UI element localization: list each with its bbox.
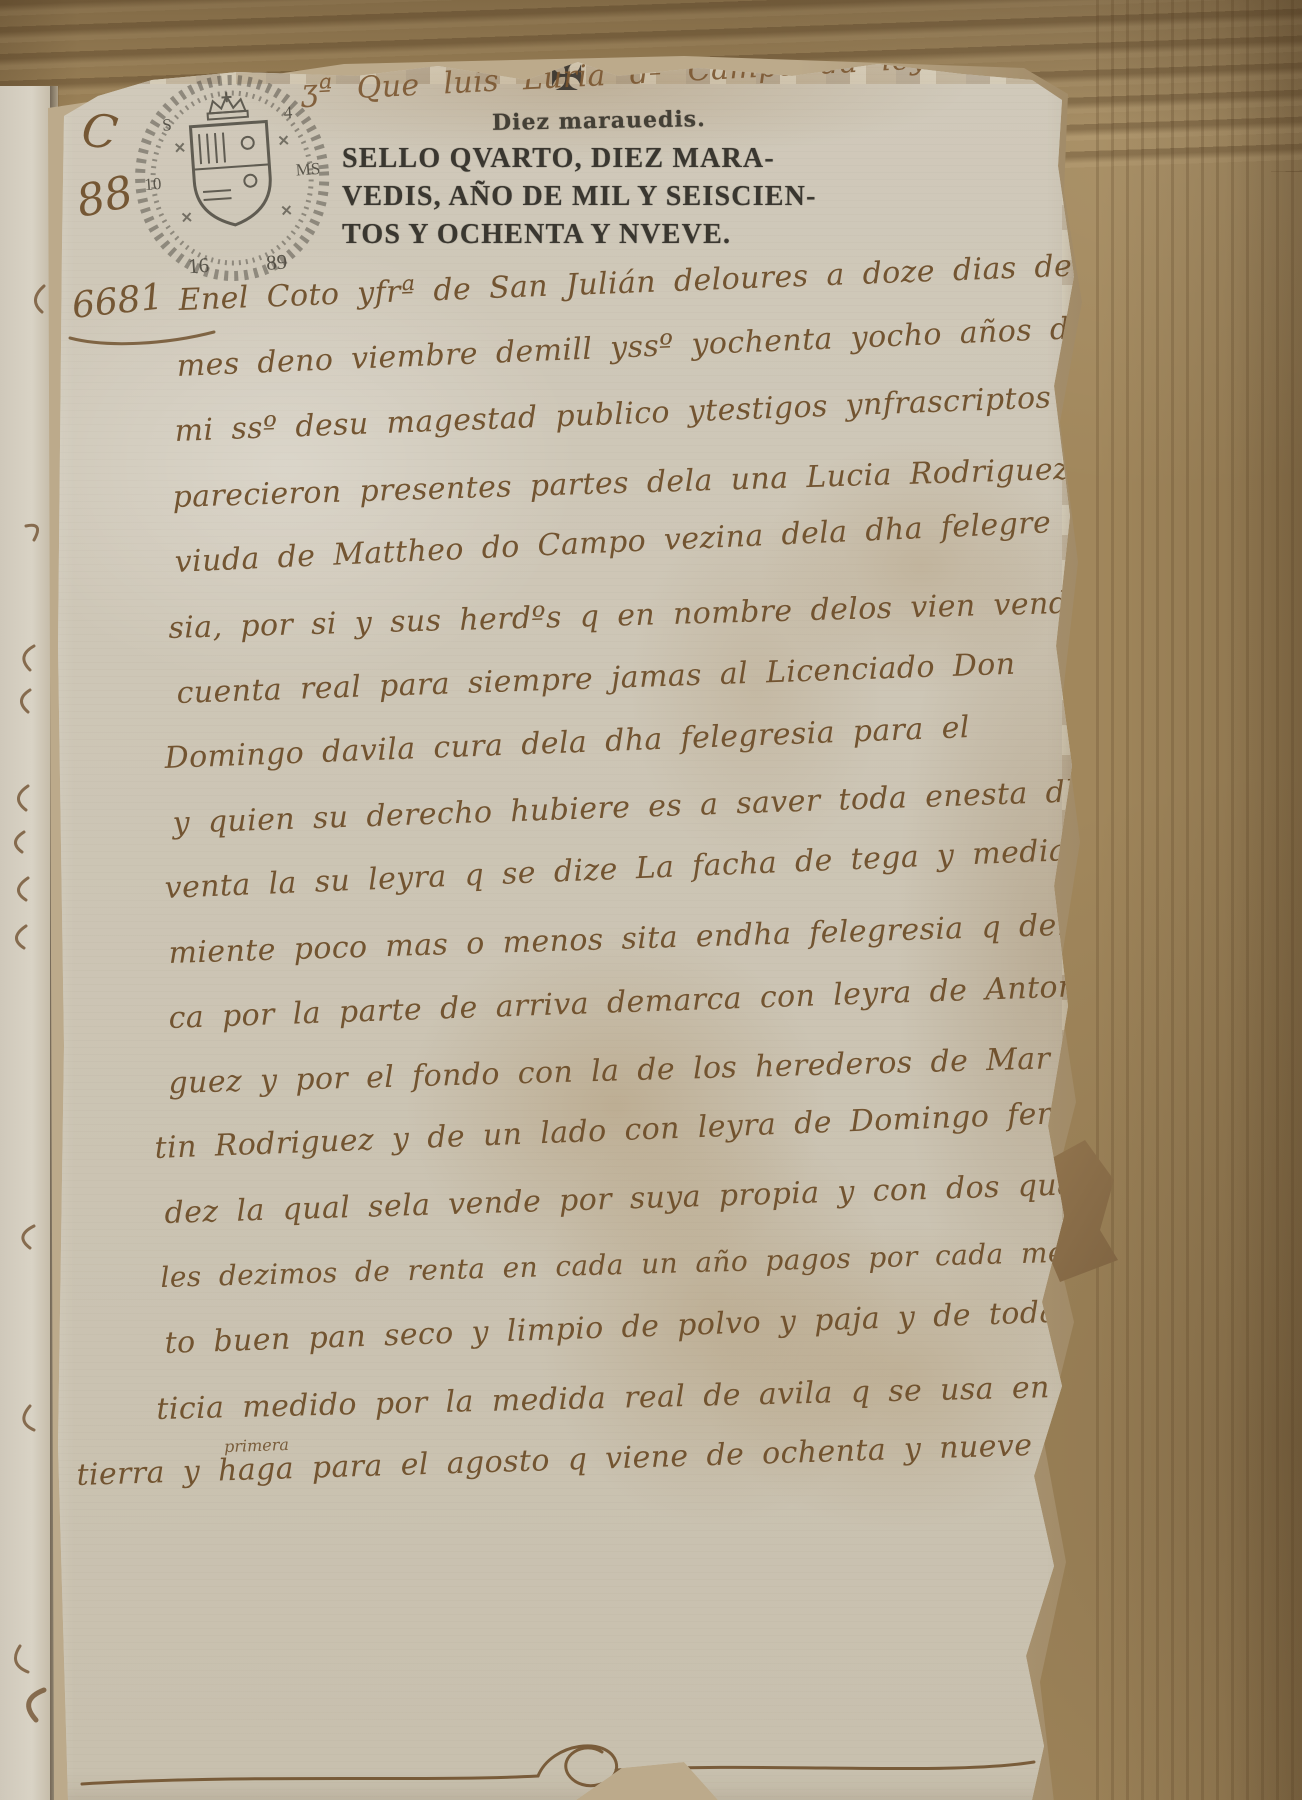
manuscript-line: sia, por si y sus herdºs q en nombre del… xyxy=(168,583,1181,646)
cardboard-corrugation-right xyxy=(1096,0,1302,1800)
docket-underline xyxy=(68,328,218,350)
seal-numeral-4: 4 xyxy=(283,103,293,123)
stamp-heading-line-1: SELLO QVARTO, DIEZ MARA- xyxy=(342,140,817,178)
seal-year-89: 89 xyxy=(265,249,288,274)
manuscript-line: mes deno viembre demill yssº yochenta yo… xyxy=(176,308,1167,384)
seal-value-10: 10 xyxy=(144,174,162,194)
manuscript-page: ✠ xyxy=(56,46,1096,1800)
manuscript-line: mi ssº desu magestad publico ytestigos y… xyxy=(174,380,1052,449)
stamp-heading-line-2: VEDIS, AÑO DE MIL Y SEISCIEN- xyxy=(342,178,817,216)
manuscript-line: ca por la parte de arriva demarca con le… xyxy=(168,965,1210,1036)
manuscript-line: venta la su leyra q se dize La facha de … xyxy=(164,831,1120,906)
manuscript-line: cuenta real para siempre jamas al Licenc… xyxy=(176,647,1016,711)
stamp-heading: SELLO QVARTO, DIEZ MARA- VEDIS, AÑO DE M… xyxy=(342,140,817,254)
stamp-motto: Diez marauedis. xyxy=(492,106,706,136)
manuscript-line: viuda de Mattheo do Campo vezina dela dh… xyxy=(174,505,1052,580)
manuscript-line: tierra y haga para el agosto q viene de … xyxy=(76,1428,1033,1493)
manuscript-line: guez y por el fondo con la de los herede… xyxy=(168,1041,1051,1101)
seal-ms-abbrev: MS xyxy=(295,159,321,180)
photo-of-manuscript: ✠ xyxy=(0,0,1302,1800)
manuscript-line: parecieron presentes partes dela una Luc… xyxy=(172,452,1070,515)
manuscript-line: tin Rodriguez y de un lado con leyra de … xyxy=(154,1094,1110,1166)
manuscript-line: dez la qual sela vende por suya propia y… xyxy=(164,1166,1121,1231)
closing-rule-flourish xyxy=(68,1718,1068,1800)
margin-letter: C xyxy=(78,102,120,160)
margin-docket: 6681 xyxy=(70,276,165,326)
seal-year-16: 16 xyxy=(187,253,210,278)
interlinear-note: primera xyxy=(224,1435,289,1456)
manuscript-line: y quien su derecho hubiere es a saver to… xyxy=(172,774,1104,841)
manuscript-line: miente poco mas o menos sita endha feleg… xyxy=(168,906,1119,971)
margin-number: 88 xyxy=(72,166,137,228)
seal-letter-s: S xyxy=(162,115,173,135)
stamp-heading-line-3: TOS Y OCHENTA Y NVEVE. xyxy=(342,216,817,254)
manuscript-line: to buen pan seco y limpio de polvo y paj… xyxy=(164,1291,1177,1361)
manuscript-line: Domingo davila cura dela dha felegresia … xyxy=(164,710,970,776)
manuscript-line: ticia medido por la medida real de avila… xyxy=(156,1368,1133,1427)
